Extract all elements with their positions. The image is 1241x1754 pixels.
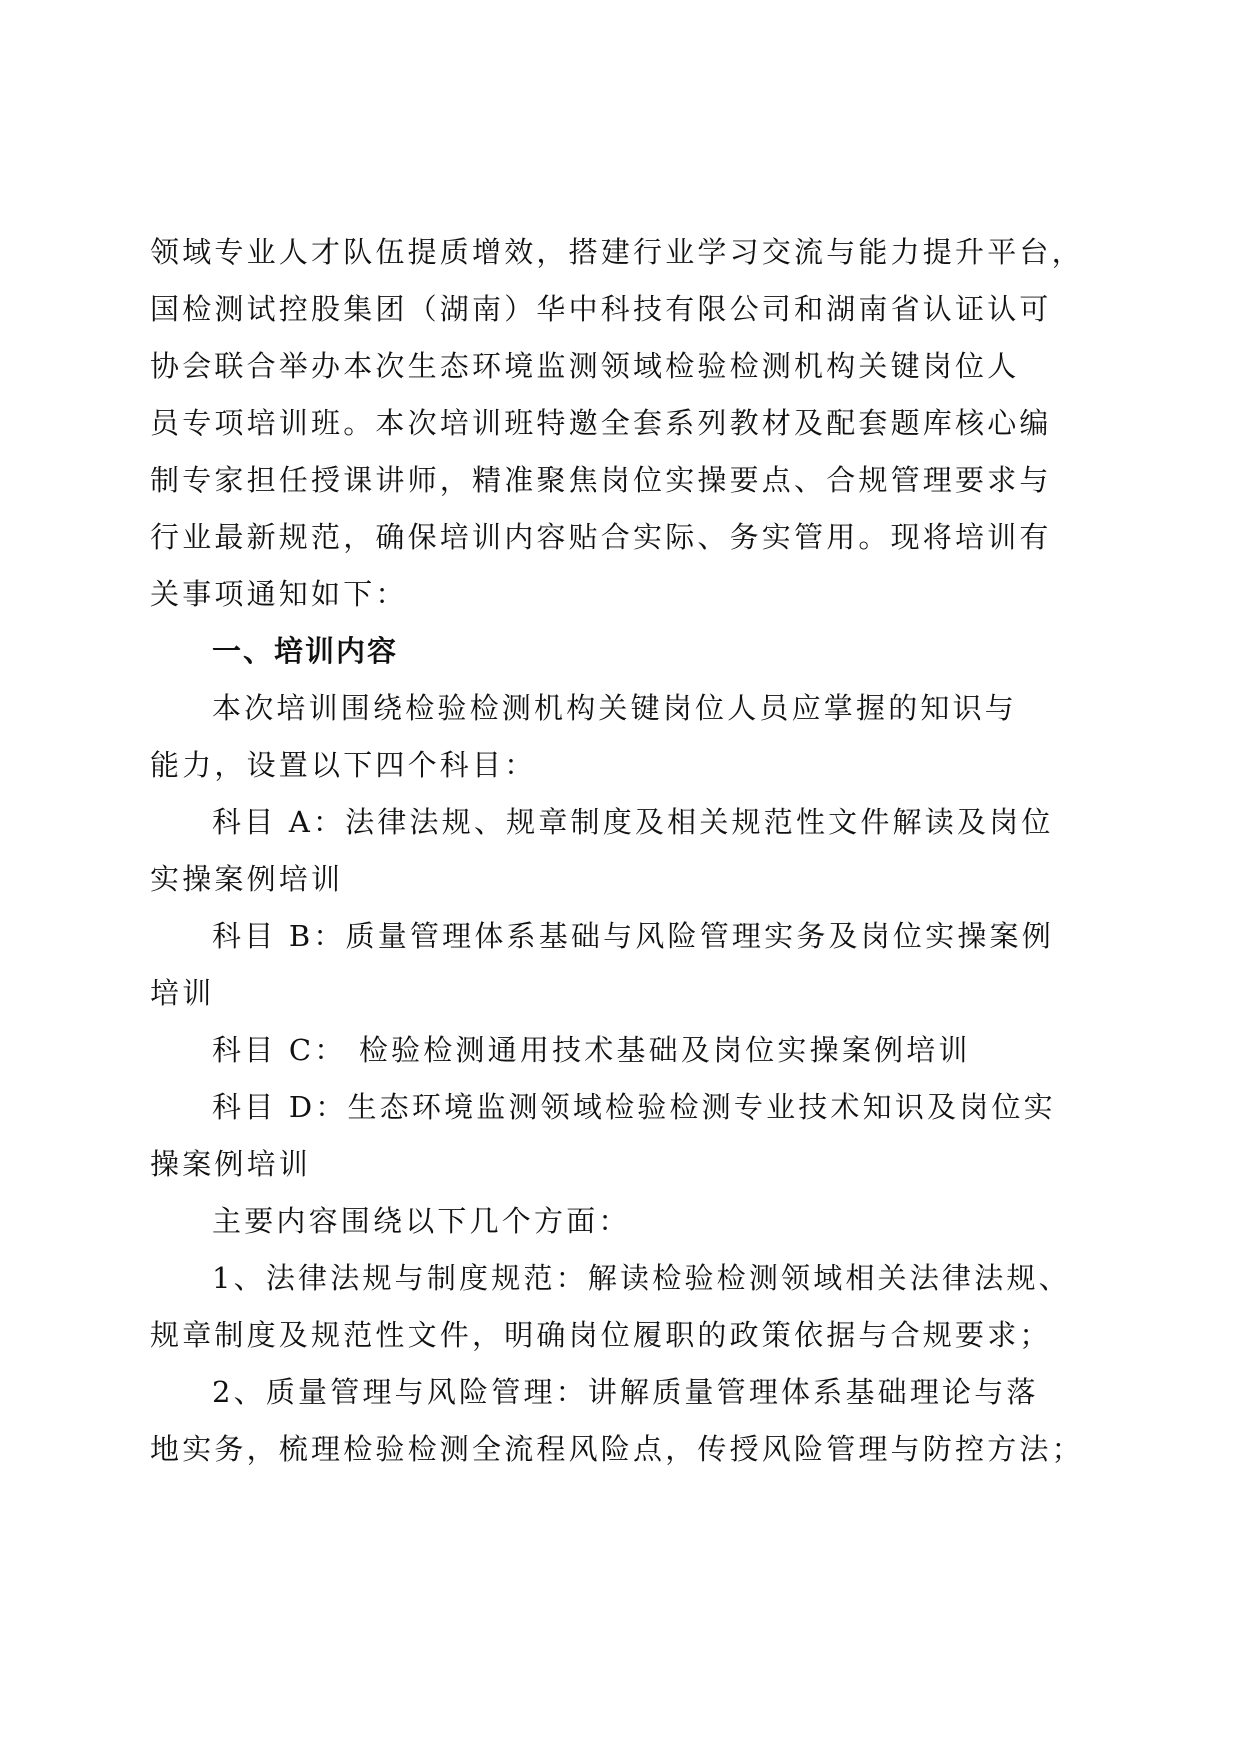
text-line: 关事项通知如下： [150, 566, 1084, 623]
intro-paragraph: 领域专业人才队伍提质增效，搭建行业学习交流与能力提升平台， 国检测试控股集团（湖… [150, 224, 1084, 623]
document-page: 领域专业人才队伍提质增效，搭建行业学习交流与能力提升平台， 国检测试控股集团（湖… [150, 224, 1084, 1478]
content-item-1: 1、法律法规与制度规范：解读检验检测领域相关法律法规、 规章制度及规范性文件，明… [150, 1250, 1084, 1364]
text-line: 地实务，梳理检验检测全流程风险点，传授风险管理与防控方法； [150, 1421, 1084, 1478]
text-line: 本次培训围绕检验检测机构关键岗位人员应掌握的知识与 [150, 680, 1084, 737]
text-line: 培训 [150, 965, 1084, 1022]
text-line: 实操案例培训 [150, 851, 1084, 908]
main-content-intro: 主要内容围绕以下几个方面： [150, 1193, 1084, 1250]
text-line: 科目 A：法律法规、规章制度及相关规范性文件解读及岗位 [150, 794, 1084, 851]
text-line: 操案例培训 [150, 1136, 1084, 1193]
subject-d: 科目 D：生态环境监测领域检验检测专业技术知识及岗位实 操案例培训 [150, 1079, 1084, 1193]
text-line: 规章制度及规范性文件，明确岗位履职的政策依据与合规要求； [150, 1307, 1084, 1364]
text-line: 科目 B：质量管理体系基础与风险管理实务及岗位实操案例 [150, 908, 1084, 965]
text-line: 国检测试控股集团（湖南）华中科技有限公司和湖南省认证认可 [150, 281, 1084, 338]
text-line: 1、法律法规与制度规范：解读检验检测领域相关法律法规、 [150, 1250, 1084, 1307]
text-line: 能力，设置以下四个科目： [150, 737, 1084, 794]
subject-b: 科目 B：质量管理体系基础与风险管理实务及岗位实操案例 培训 [150, 908, 1084, 1022]
section-intro-paragraph: 本次培训围绕检验检测机构关键岗位人员应掌握的知识与 能力，设置以下四个科目： [150, 680, 1084, 794]
text-line: 制专家担任授课讲师，精准聚焦岗位实操要点、合规管理要求与 [150, 452, 1084, 509]
text-line: 2、质量管理与风险管理：讲解质量管理体系基础理论与落 [150, 1364, 1084, 1421]
subject-a: 科目 A：法律法规、规章制度及相关规范性文件解读及岗位 实操案例培训 [150, 794, 1084, 908]
section-heading: 一、培训内容 [150, 623, 1084, 680]
content-item-2: 2、质量管理与风险管理：讲解质量管理体系基础理论与落 地实务，梳理检验检测全流程… [150, 1364, 1084, 1478]
text-line: 领域专业人才队伍提质增效，搭建行业学习交流与能力提升平台， [150, 224, 1084, 281]
text-line: 主要内容围绕以下几个方面： [150, 1193, 1084, 1250]
text-line: 协会联合举办本次生态环境监测领域检验检测机构关键岗位人 [150, 338, 1084, 395]
text-line: 科目 C： 检验检测通用技术基础及岗位实操案例培训 [150, 1022, 1084, 1079]
text-line: 行业最新规范，确保培训内容贴合实际、务实管用。现将培训有 [150, 509, 1084, 566]
text-line: 员专项培训班。本次培训班特邀全套系列教材及配套题库核心编 [150, 395, 1084, 452]
subject-c: 科目 C： 检验检测通用技术基础及岗位实操案例培训 [150, 1022, 1084, 1079]
text-line: 科目 D：生态环境监测领域检验检测专业技术知识及岗位实 [150, 1079, 1084, 1136]
